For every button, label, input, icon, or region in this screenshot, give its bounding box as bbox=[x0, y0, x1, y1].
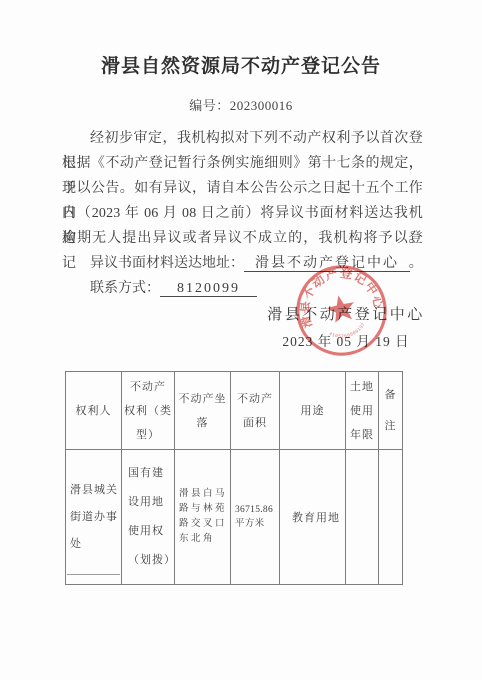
body-line: 内（2023 年 06 月 08 日之前）将异议书面材料送达我机构。 bbox=[62, 201, 423, 226]
registration-table: 权利人 不动产 权利（类 型） 不动产坐 落 不动产 面积 用途 土地 使用 年… bbox=[65, 371, 403, 585]
signature-date: 2023 年 05 月 19 日 bbox=[252, 329, 440, 355]
body-line: 予以公告。如有异议，请自本公告公示之日起十五个工作日 bbox=[62, 176, 423, 201]
body-line: 经初步审定，我机构拟对下列不动产权利予以首次登记， bbox=[62, 126, 423, 151]
col-header-area: 不动产 面积 bbox=[231, 372, 280, 450]
body-paragraph: 经初步审定，我机构拟对下列不动产权利予以首次登记， 根据《不动产登记暂行条例实施… bbox=[62, 126, 423, 301]
document-number: 编号：202300016 bbox=[0, 95, 482, 114]
objection-address-value: 滑县不动产登记中心 bbox=[244, 256, 410, 272]
col-header-land-term: 土地 使用 年限 bbox=[346, 372, 379, 450]
body-line: 逾期无人提出异议或者异议不成立的，我机构将予以登记。 bbox=[62, 226, 423, 251]
contact-line: 联系方式：8120099 bbox=[62, 276, 423, 301]
body-line: 根据《不动产登记暂行条例实施细则》第十七条的规定，现 bbox=[62, 151, 423, 176]
col-header-remarks: 备 注 bbox=[379, 372, 403, 450]
signature-org: 滑县不动产登记中心 bbox=[252, 302, 440, 329]
objection-address-line: 异议书面材料送达地址：滑县不动产登记中心 bbox=[62, 251, 423, 276]
col-header-right-type: 不动产 权利（类 型） bbox=[122, 372, 175, 450]
cell-right-type: 国有建 设用地 使用权 （划拨） bbox=[122, 450, 175, 585]
scan-artifact-line bbox=[67, 574, 120, 575]
table-header-row: 权利人 不动产 权利（类 型） 不动产坐 落 不动产 面积 用途 土地 使用 年… bbox=[66, 372, 403, 450]
page-title: 滑县自然资源局不动产登记公告 bbox=[0, 51, 482, 78]
col-header-usage: 用途 bbox=[280, 372, 346, 450]
cell-remarks bbox=[379, 450, 403, 585]
cell-location: 滑县白马 路与林苑 路交叉口 东北角 bbox=[175, 450, 231, 585]
cell-rights-holder: 滑县城关 街道办事 处 bbox=[66, 450, 122, 585]
cell-area: 36715.86 平方米 bbox=[231, 450, 280, 585]
col-header-rights-holder: 权利人 bbox=[66, 372, 122, 450]
cell-usage: 教育用地 bbox=[280, 450, 346, 585]
cell-land-term bbox=[346, 450, 379, 585]
table-row: 滑县城关 街道办事 处 国有建 设用地 使用权 （划拨） 滑县白马 路与林苑 路… bbox=[66, 450, 403, 585]
announcement-page: 滑县自然资源局不动产登记公告 编号：202300016 经初步审定，我机构拟对下… bbox=[0, 0, 482, 680]
contact-label: 联系方式： bbox=[90, 281, 160, 296]
objection-address-label: 异议书面材料送达地址： bbox=[90, 256, 244, 271]
signature-block: 滑县不动产登记中心 2023 年 05 月 19 日 bbox=[252, 302, 440, 355]
contact-value: 8120099 bbox=[160, 281, 257, 297]
col-header-location: 不动产坐 落 bbox=[175, 372, 231, 450]
